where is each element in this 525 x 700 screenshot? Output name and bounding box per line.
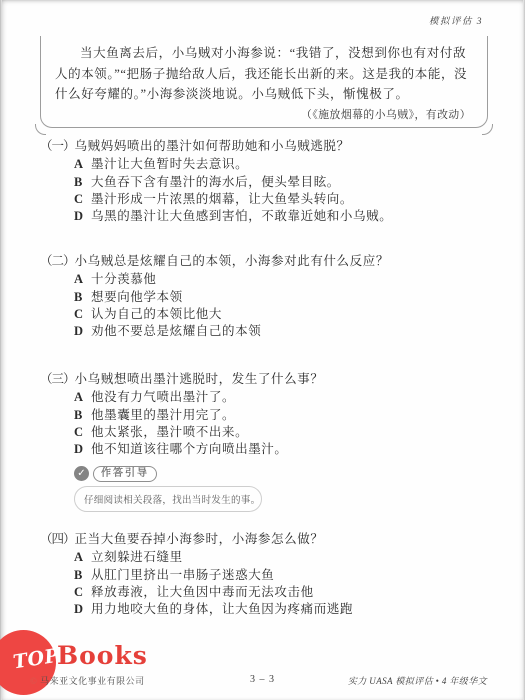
question-1: （一） 乌贼妈妈喷出的墨汁如何帮助她和小乌贼逃脱？ A 墨汁让大鱼暂时失去意识。… <box>40 138 492 226</box>
option-d: D 用力地咬大鱼的身体，让大鱼因为疼痛而逃跑 <box>74 601 492 618</box>
option-text: 大鱼吞下含有墨汁的海水后，便头晕目眩。 <box>91 174 492 191</box>
option-text: 认为自己的本领比他大 <box>91 306 492 323</box>
option-letter: B <box>74 174 91 191</box>
question-number: （一） <box>40 138 75 155</box>
option-text: 他墨囊里的墨汁用完了。 <box>91 407 492 424</box>
answer-guide-text: 仔细阅读相关段落，找出当时发生的事。 <box>84 495 260 506</box>
option-c: C 他太紧张，墨汁喷不出来。 <box>74 424 492 441</box>
answer-guide-box: 仔细阅读相关段落，找出当时发生的事。 <box>74 486 262 512</box>
option-a: A 立刻躲进石缝里 <box>74 549 492 566</box>
option-b: B 大鱼吞下含有墨汁的海水后，便头晕目眩。 <box>74 174 492 191</box>
option-letter: C <box>74 584 91 601</box>
option-letter: B <box>74 289 91 306</box>
passage-box: 当大鱼离去后，小乌贼对小海参说：“我错了，没想到你也有对付敌人的本领。”“把肠子… <box>40 36 488 128</box>
option-letter: C <box>74 191 91 208</box>
question-line: （四） 正当大鱼要吞掉小海参时，小海参怎么做？ <box>40 531 492 548</box>
option-letter: C <box>74 424 91 441</box>
logo-books-text: Books <box>57 641 148 670</box>
option-a: A 十分羡慕他 <box>74 271 492 288</box>
question-2: （二） 小乌贼总是炫耀自己的本领，小海参对此有什么反应？ A 十分羡慕他 B 想… <box>40 253 492 341</box>
option-d: D 乌黑的墨汁让大鱼感到害怕，不敢靠近她和小乌贼。 <box>74 208 492 225</box>
question-number: （三） <box>40 371 75 388</box>
option-letter: D <box>74 208 91 225</box>
question-text: 小乌贼总是炫耀自己的本领，小海参对此有什么反应？ <box>75 253 492 270</box>
question-3: （三） 小乌贼想喷出墨汁逃脱时，发生了什么事？ A 他没有力气喷出墨汁了。 B … <box>40 371 492 512</box>
question-number: （四） <box>40 531 75 548</box>
option-b: B 他墨囊里的墨汁用完了。 <box>74 407 492 424</box>
option-letter: A <box>74 549 91 566</box>
question-text: 正当大鱼要吞掉小海参时，小海参怎么做？ <box>75 531 492 548</box>
page-header-label: 模拟评估 3 <box>429 13 483 27</box>
page-footer: © 马来亚文化事业有限公司 3 – 3 实力 UASA 模拟评估 • 4 年级华… <box>0 674 525 690</box>
answer-guide-label: 作答引导 <box>93 466 157 482</box>
answer-guide-badge: ✓ 作答引导 <box>74 466 492 482</box>
option-d: D 他不知道该往哪个方向喷出墨汁。 <box>74 441 492 458</box>
box-corner-curl-left <box>35 124 46 135</box>
worksheet-page: 模拟评估 3 当大鱼离去后，小乌贼对小海参说：“我错了，没想到你也有对付敌人的本… <box>0 0 525 700</box>
question-text: 乌贼妈妈喷出的墨汁如何帮助她和小乌贼逃脱？ <box>75 138 492 155</box>
option-b: B 想要向他学本领 <box>74 289 492 306</box>
passage-attribution: （《施放烟幕的小乌贼》，有改动） <box>55 107 471 122</box>
option-a: A 墨汁让大鱼暂时失去意识。 <box>74 156 492 173</box>
question-line: （三） 小乌贼想喷出墨汁逃脱时，发生了什么事？ <box>40 371 492 388</box>
option-letter: D <box>74 441 91 458</box>
question-4: （四） 正当大鱼要吞掉小海参时，小海参怎么做？ A 立刻躲进石缝里 B 从肛门里… <box>40 531 492 619</box>
option-letter: A <box>74 271 91 288</box>
option-a: A 他没有力气喷出墨汁了。 <box>74 389 492 406</box>
box-corner-curl-right <box>482 124 493 135</box>
page-left-edge <box>0 0 2 700</box>
option-text: 墨汁形成一片浓黑的烟幕，让大鱼晕头转向。 <box>91 191 492 208</box>
option-b: B 从肛门里挤出一串肠子迷惑大鱼 <box>74 567 492 584</box>
option-letter: C <box>74 306 91 323</box>
option-text: 他不知道该往哪个方向喷出墨汁。 <box>91 441 492 458</box>
option-letter: B <box>74 567 91 584</box>
option-d: D 劝他不要总是炫耀自己的本领 <box>74 323 492 340</box>
option-text: 他太紧张，墨汁喷不出来。 <box>91 424 492 441</box>
option-text: 他没有力气喷出墨汁了。 <box>91 389 492 406</box>
option-letter: D <box>74 601 91 618</box>
check-circle-icon: ✓ <box>74 466 89 481</box>
option-text: 释放毒液，让大鱼因中毒而无法攻击他 <box>91 584 492 601</box>
option-text: 墨汁让大鱼暂时失去意识。 <box>91 156 492 173</box>
option-letter: D <box>74 323 91 340</box>
option-c: C 墨汁形成一片浓黑的烟幕，让大鱼晕头转向。 <box>74 191 492 208</box>
option-text: 十分羡慕他 <box>91 271 492 288</box>
footer-series-title: 实力 UASA 模拟评估 • 4 年级华文 <box>348 674 487 687</box>
option-letter: B <box>74 407 91 424</box>
question-number: （二） <box>40 253 75 270</box>
question-line: （一） 乌贼妈妈喷出的墨汁如何帮助她和小乌贼逃脱？ <box>40 138 492 155</box>
option-text: 从肛门里挤出一串肠子迷惑大鱼 <box>91 567 492 584</box>
question-line: （二） 小乌贼总是炫耀自己的本领，小海参对此有什么反应？ <box>40 253 492 270</box>
option-c: C 认为自己的本领比他大 <box>74 306 492 323</box>
question-text: 小乌贼想喷出墨汁逃脱时，发生了什么事？ <box>75 371 492 388</box>
passage-text: 当大鱼离去后，小乌贼对小海参说：“我错了，没想到你也有对付敌人的本领。”“把肠子… <box>55 43 473 105</box>
option-text: 立刻躲进石缝里 <box>91 549 492 566</box>
option-c: C 释放毒液，让大鱼因中毒而无法攻击他 <box>74 584 492 601</box>
option-letter: A <box>74 389 91 406</box>
option-text: 乌黑的墨汁让大鱼感到害怕，不敢靠近她和小乌贼。 <box>91 208 492 225</box>
option-text: 用力地咬大鱼的身体，让大鱼因为疼痛而逃跑 <box>91 601 492 618</box>
option-text: 想要向他学本领 <box>91 289 492 306</box>
option-text: 劝他不要总是炫耀自己的本领 <box>91 323 492 340</box>
option-letter: A <box>74 156 91 173</box>
